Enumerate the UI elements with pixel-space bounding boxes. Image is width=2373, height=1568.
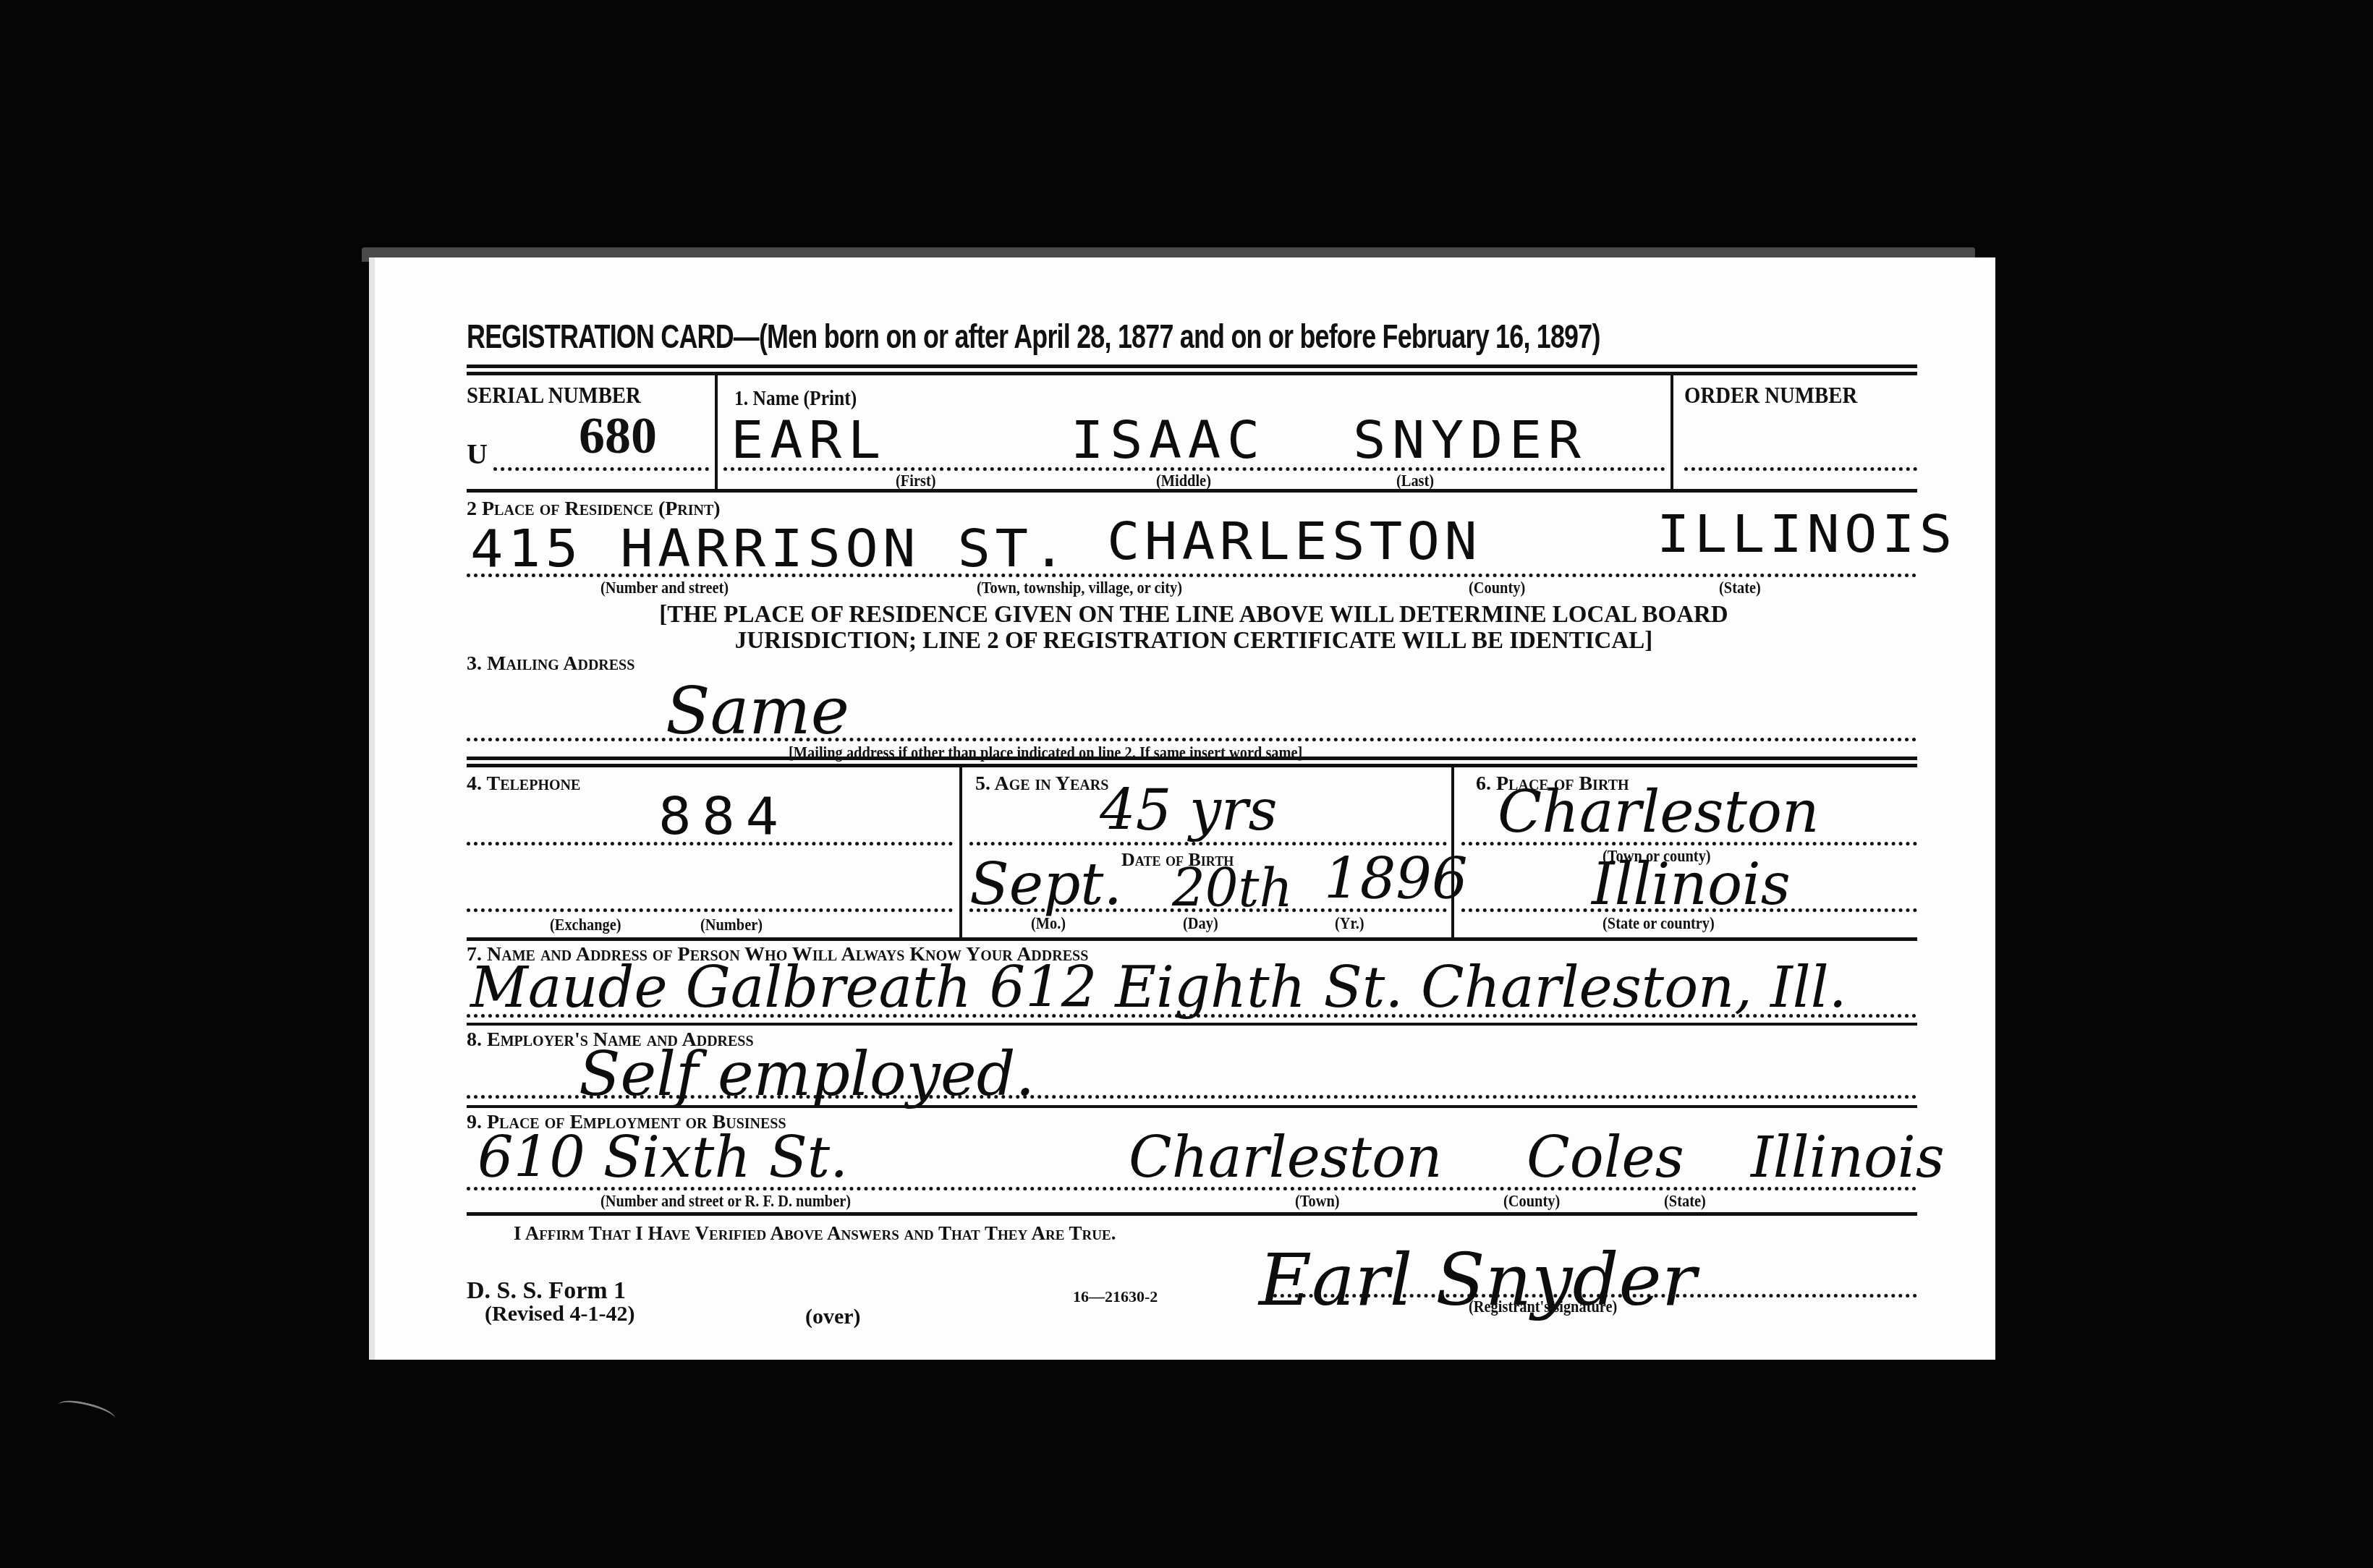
- order-number-field[interactable]: [1684, 467, 1917, 471]
- residence-town: CHARLESTON: [1107, 511, 1482, 571]
- age-dotted-line: [969, 842, 1447, 845]
- residence-notice-line1: [THE PLACE OF RESIDENCE GIVEN ON THE LIN…: [543, 602, 1845, 628]
- mailing-dotted-line: [467, 738, 1917, 741]
- telephone-dotted-line-2: [467, 908, 953, 912]
- background-lint-mark: [56, 1397, 116, 1427]
- residence-dotted-line: [467, 574, 1917, 577]
- mid-rule-1: [467, 757, 1917, 760]
- top-rule-1: [467, 365, 1917, 368]
- order-number-label: ORDER NUMBER: [1684, 382, 1857, 409]
- name-first: EARL: [731, 409, 887, 470]
- row2-bottom-rule: [467, 937, 1917, 941]
- employment-county-caption: (County): [1503, 1192, 1560, 1211]
- residence-street: 415 HARRISON ST.: [470, 518, 1070, 579]
- dob-month-caption: (Mo.): [1031, 914, 1066, 934]
- signature-caption: (Registrant's signature): [1469, 1298, 1617, 1317]
- serial-number-label: SERIAL NUMBER: [467, 382, 641, 409]
- row9-bottom-rule: [467, 1212, 1917, 1216]
- top-rule-2: [467, 372, 1917, 375]
- telephone-value: 884: [658, 785, 789, 846]
- name-middle: ISAAC: [1071, 409, 1266, 470]
- contact-dotted-line: [467, 1014, 1917, 1018]
- dob-day-caption: (Day): [1183, 914, 1218, 934]
- telephone-number-caption: (Number): [700, 916, 763, 935]
- card-title: REGISTRATION CARD—(Men born on or after …: [467, 317, 1600, 356]
- dob-year-caption: (Yr.): [1335, 914, 1364, 934]
- employer-dotted-line: [467, 1095, 1917, 1099]
- name-dotted-line: [723, 467, 1665, 471]
- name-middle-caption: (Middle): [1156, 472, 1211, 491]
- employer-value: Self employed.: [579, 1039, 1035, 1109]
- row7-bottom-rule: [467, 1023, 1917, 1026]
- employment-state-caption: (State): [1664, 1192, 1706, 1211]
- name-last: SNYDER: [1353, 409, 1587, 470]
- row8-bottom-rule: [467, 1105, 1917, 1108]
- row1-bottom-rule: [467, 489, 1917, 493]
- dob-year: 1896: [1324, 847, 1468, 912]
- birthplace-dotted-line-1: [1461, 842, 1917, 845]
- name-last-caption: (Last): [1396, 472, 1434, 491]
- residence-notice-line2: JURISDICTION; LINE 2 OF REGISTRATION CER…: [543, 628, 1845, 654]
- employment-street: 610 Sixth St.: [477, 1125, 848, 1190]
- divider-serial-name: [715, 375, 718, 489]
- telephone-label: 4. Telephone: [467, 772, 580, 796]
- age-label: 5. Age in Years: [975, 772, 1108, 796]
- employment-street-caption: (Number and street or R. F. D. number): [600, 1192, 851, 1211]
- name-first-caption: (First): [896, 472, 936, 491]
- mid-rule-2: [467, 764, 1917, 767]
- employment-town-caption: (Town): [1295, 1192, 1340, 1211]
- divider-phone-age: [959, 767, 962, 937]
- residence-county-caption: (County): [1469, 579, 1525, 598]
- serial-dotted-line: [493, 467, 709, 471]
- registration-card: REGISTRATION CARD—(Men born on or after …: [369, 257, 1995, 1360]
- birthplace-state-caption: (State or country): [1602, 914, 1715, 934]
- form-revised-date: (Revised 4-1-42): [485, 1302, 634, 1326]
- age-value: 45 yrs: [1100, 778, 1277, 843]
- form-name: D. S. S. Form 1: [467, 1277, 626, 1305]
- residence-state: ILLINOIS: [1657, 503, 1957, 564]
- affirmation-text: I Affirm That I Have Verified Above Answ…: [514, 1222, 1116, 1245]
- employment-county: Coles: [1527, 1125, 1684, 1190]
- residence-town-caption: (Town, township, village, or city): [977, 579, 1182, 598]
- birthplace-town: Charleston: [1498, 778, 1820, 845]
- name-label: 1. Name (Print): [734, 386, 857, 411]
- birthplace-dotted-line-2: [1461, 908, 1917, 912]
- dob-dotted-line: [969, 908, 1447, 912]
- telephone-exchange-caption: (Exchange): [550, 916, 621, 935]
- divider-name-order: [1671, 375, 1673, 489]
- serial-number-value: 680: [579, 406, 657, 466]
- residence-street-caption: (Number and street): [600, 579, 729, 598]
- residence-notice: [THE PLACE OF RESIDENCE GIVEN ON THE LIN…: [543, 602, 1845, 654]
- employment-state: Illinois: [1751, 1125, 1945, 1190]
- telephone-dotted-line-1: [467, 842, 953, 845]
- mailing-address-label: 3. Mailing Address: [467, 652, 634, 676]
- employment-town: Charleston: [1129, 1125, 1442, 1190]
- print-code: 16—21630-2: [1073, 1287, 1158, 1306]
- contact-value: Maude Galbreath 612 Eighth St. Charlesto…: [470, 955, 1846, 1021]
- employment-dotted-line: [467, 1187, 1917, 1190]
- serial-prefix: U: [467, 437, 488, 471]
- over-note: (over): [805, 1305, 861, 1329]
- residence-state-caption: (State): [1719, 579, 1761, 598]
